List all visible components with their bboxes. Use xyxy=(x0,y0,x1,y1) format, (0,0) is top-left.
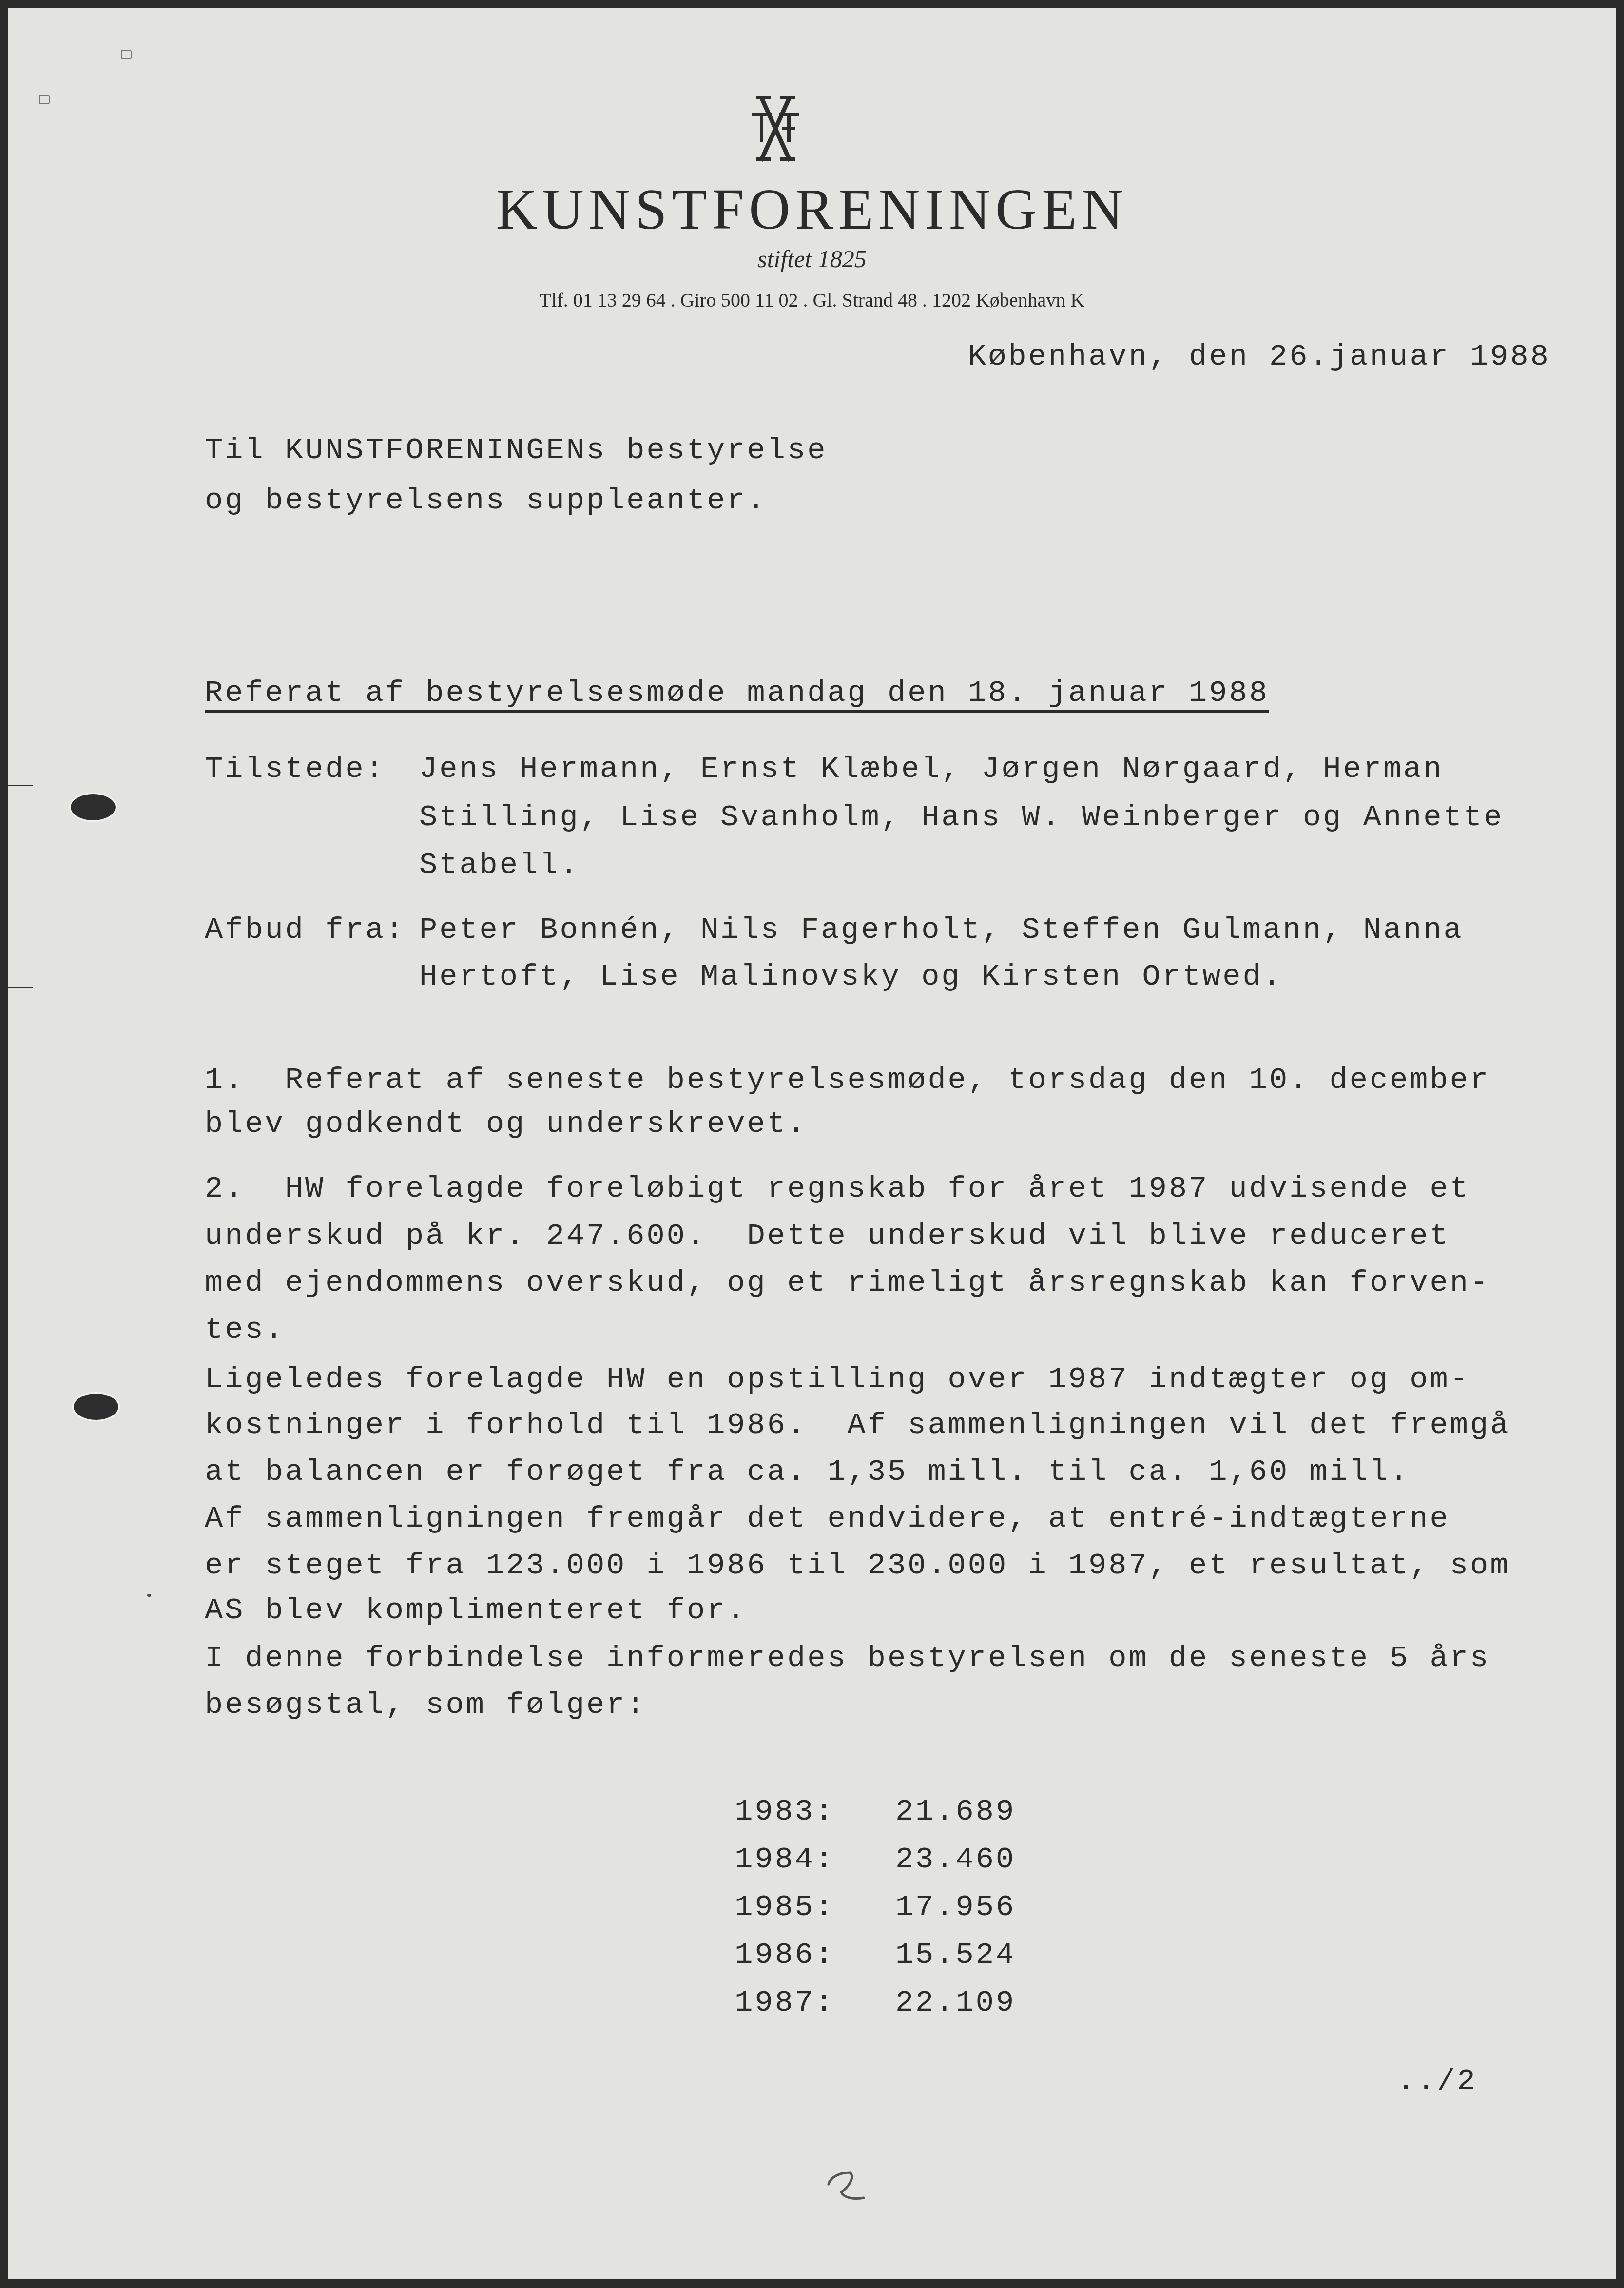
handwritten-page-number-icon xyxy=(827,2170,866,2204)
punch-hole xyxy=(71,794,116,820)
item-2-line: tes. xyxy=(205,1312,285,1347)
present-names-line: Stabell. xyxy=(419,848,580,882)
founded-tagline: stiftet 1825 xyxy=(8,247,1616,271)
item-2-line: er steget fra 123.000 i 1986 til 230.000… xyxy=(205,1548,1510,1583)
punch-hole xyxy=(74,1394,118,1420)
item-2-line: Ligeledes forelagde HW en opstilling ove… xyxy=(205,1362,1470,1396)
absent-names-line: Hertoft, Lise Malinovsky og Kirsten Ortw… xyxy=(419,959,1283,994)
visitor-row: 1987: 22.109 xyxy=(614,1951,1016,2055)
document-page: KUNSTFORENINGEN stiftet 1825 Tlf. 01 13 … xyxy=(8,8,1616,2279)
item-2-line: 2. HW forelagde foreløbigt regnskab for … xyxy=(205,1171,1470,1206)
recipient-line-1: Til KUNSTFORENINGENs bestyrelse xyxy=(205,433,827,467)
item-2-line: AS blev komplimenteret for. xyxy=(205,1593,747,1628)
place-date: København, den 26.januar 1988 xyxy=(968,339,1550,374)
fold-mark xyxy=(8,987,33,988)
item-2-line: Af sammenligningen fremgår det endvidere… xyxy=(205,1501,1450,1536)
present-names-line: Jens Hermann, Ernst Klæbel, Jørgen Nørga… xyxy=(419,752,1444,786)
present-label: Tilstede: xyxy=(205,752,386,786)
absent-label: Afbud fra: xyxy=(205,912,406,947)
item-2-line: med ejendommens overskud, og et rimeligt… xyxy=(205,1265,1490,1300)
page-continuation-marker: ../2 xyxy=(1397,2064,1477,2098)
visitor-count: 22.109 xyxy=(895,1985,1016,2020)
item-2-line: underskud på kr. 247.600. Dette undersku… xyxy=(205,1219,1450,1253)
visitor-year: 1987: xyxy=(735,1985,835,2020)
subject-heading: Referat af bestyrelsesmøde mandag den 18… xyxy=(205,677,1269,713)
fold-mark xyxy=(8,785,33,786)
paper-speck xyxy=(147,1594,151,1597)
kf-monogram-logo-icon xyxy=(751,95,800,163)
contact-info: Tlf. 01 13 29 64 . Giro 500 11 02 . Gl. … xyxy=(8,291,1616,310)
item-1-line: 1. Referat af seneste bestyrelsesmøde, t… xyxy=(205,1063,1490,1097)
item-2-line: at balancen er forøget fra ca. 1,35 mill… xyxy=(205,1454,1410,1489)
present-names-line: Stilling, Lise Svanholm, Hans W. Weinber… xyxy=(419,800,1504,834)
staple-hole xyxy=(39,95,50,104)
absent-names-line: Peter Bonnén, Nils Fagerholt, Steffen Gu… xyxy=(419,912,1464,947)
organization-name: KUNSTFORENINGEN xyxy=(8,181,1616,238)
item-1-line: blev godkendt og underskrevet. xyxy=(205,1106,807,1141)
item-2-line: kostninger i forhold til 1986. Af sammen… xyxy=(205,1408,1510,1442)
recipient-line-2: og bestyrelsens suppleanter. xyxy=(205,483,767,518)
staple-hole xyxy=(121,50,132,59)
item-2-line: besøgstal, som følger: xyxy=(205,1687,647,1722)
item-2-line: I denne forbindelse informeredes bestyre… xyxy=(205,1641,1490,1675)
